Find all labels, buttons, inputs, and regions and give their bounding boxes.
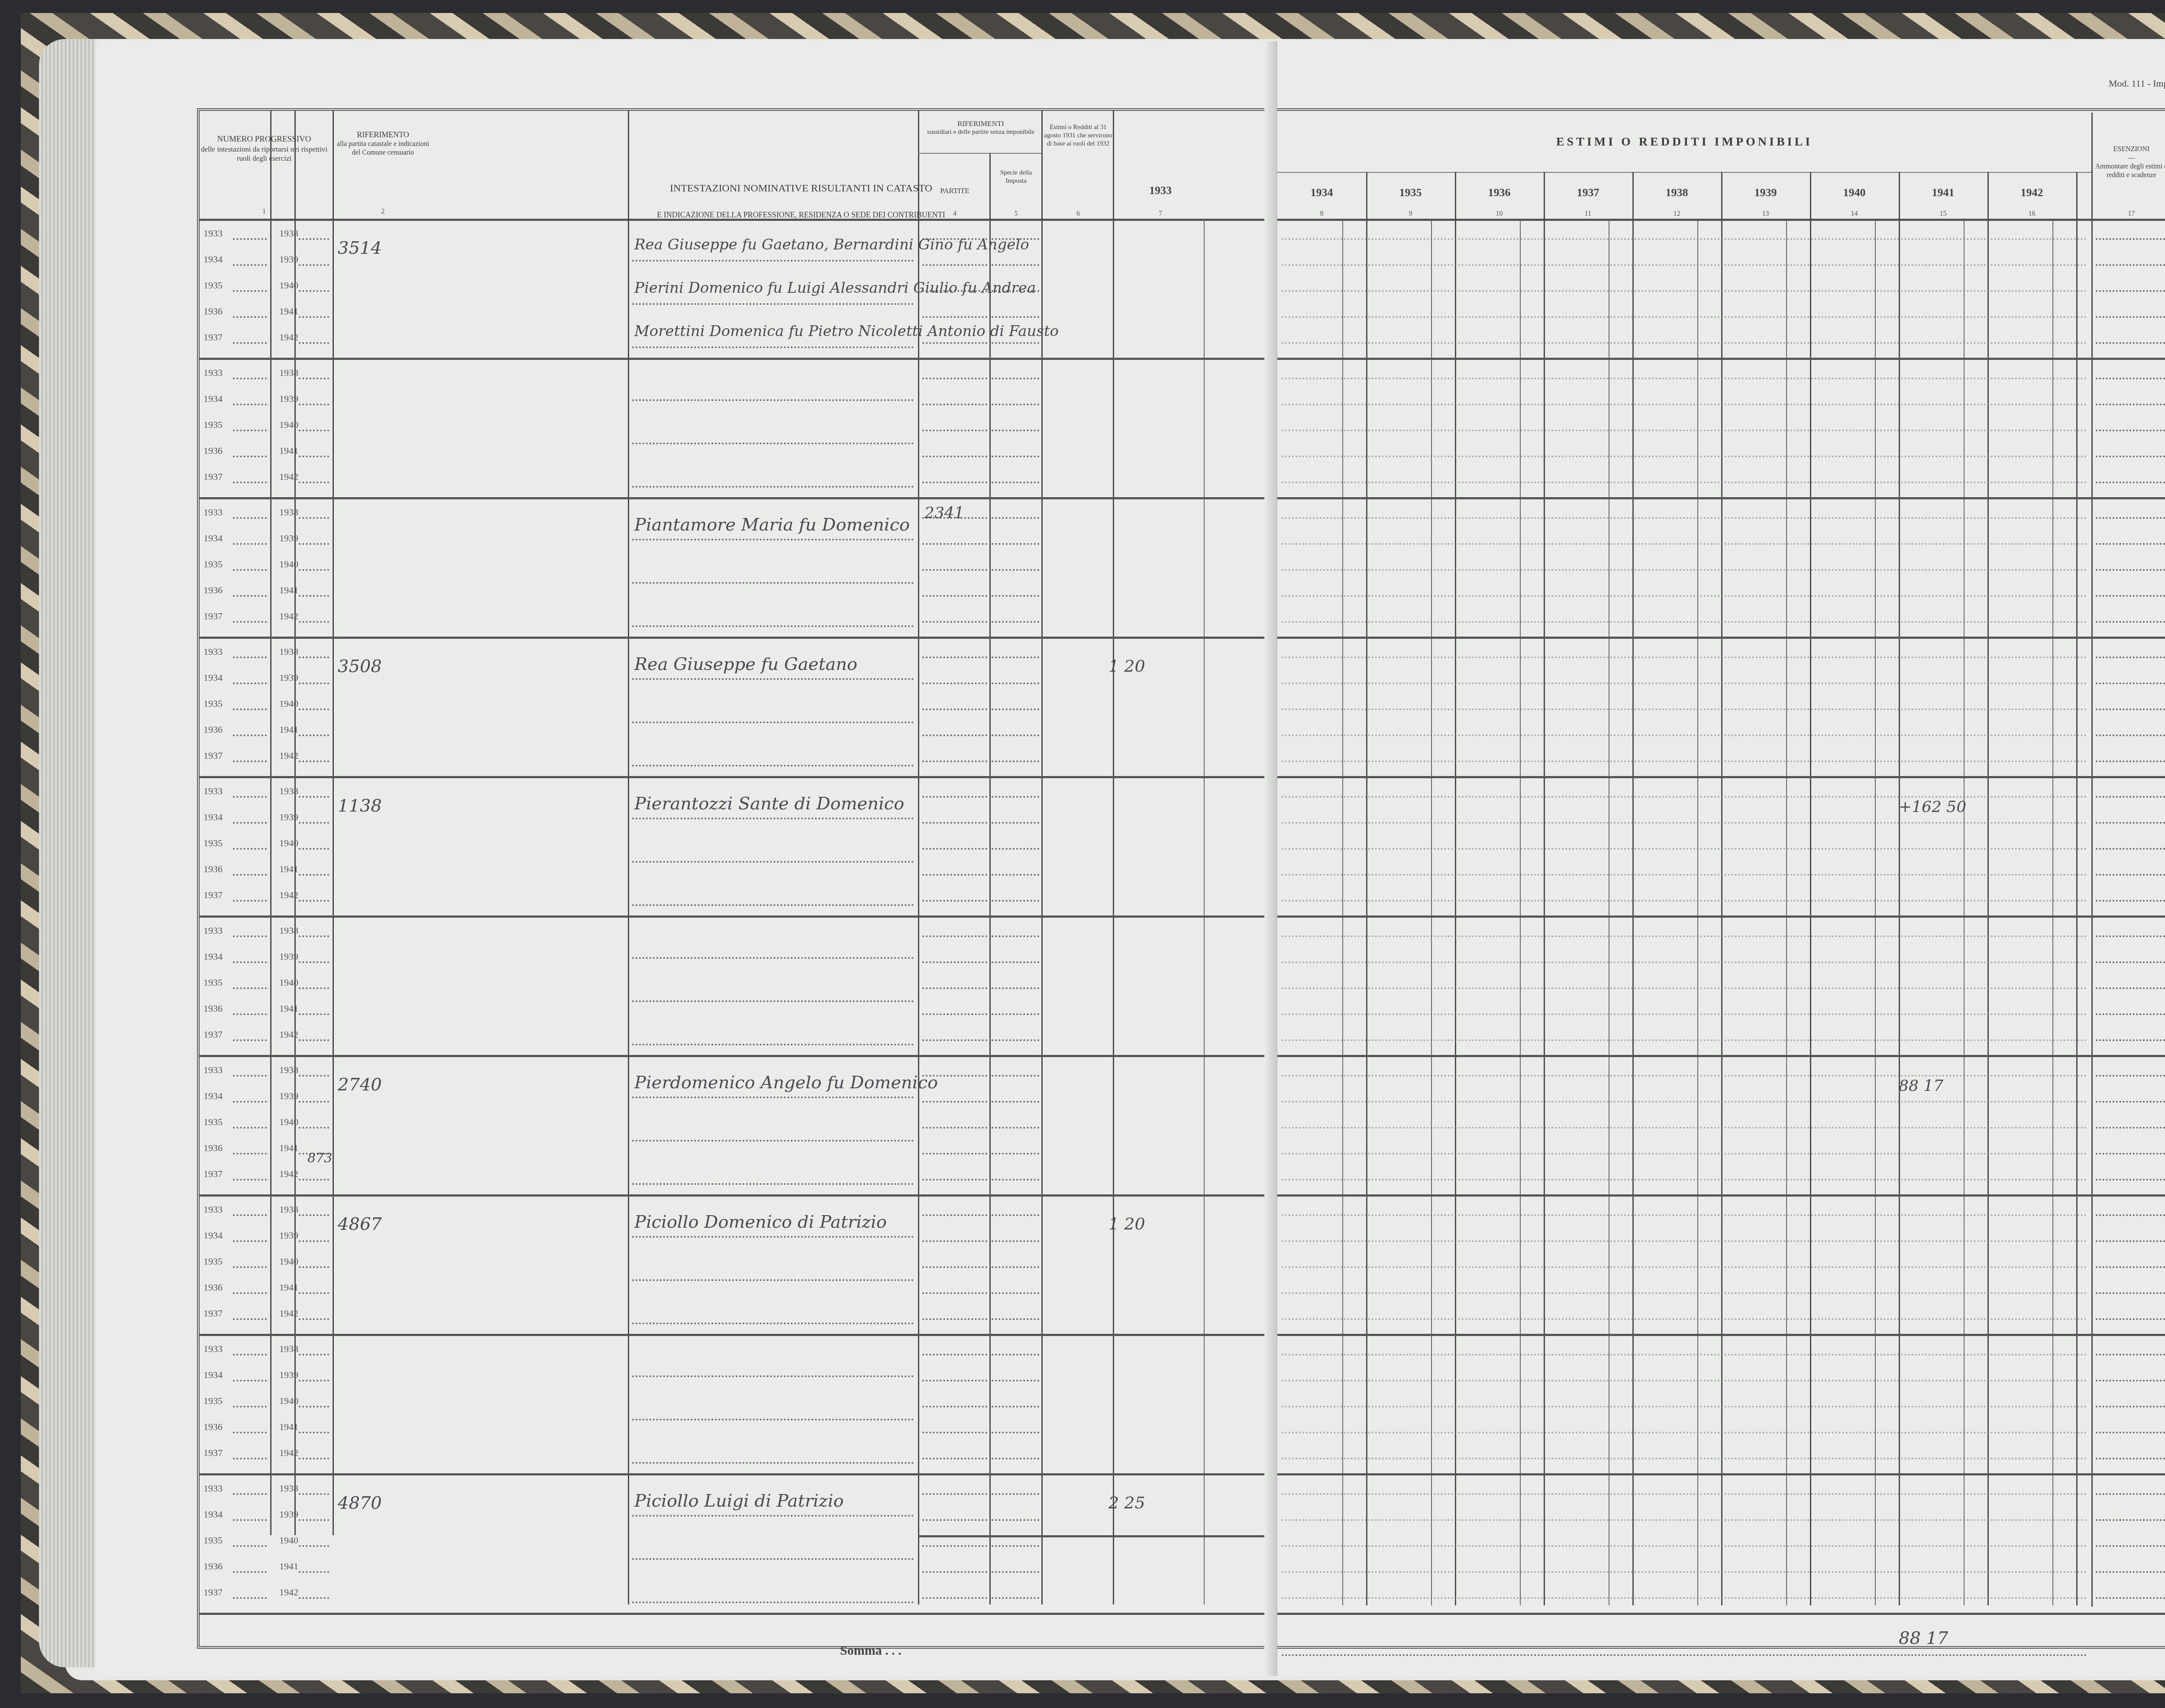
dotted-line [299,1214,329,1216]
dotted-line [992,1354,1039,1355]
record-separator [1277,1055,2165,1057]
dotted-line [922,708,987,710]
dotted-line [299,1179,329,1181]
dotted-line [233,1318,267,1320]
dotted-line [2096,1214,2165,1216]
dotted-line [992,1179,1039,1181]
year-label-left: 1935 [204,698,223,709]
year-label-left: 1937 [204,471,223,482]
dotted-line [922,482,987,483]
name-line [632,582,914,584]
year-label-right: 1939 [279,393,298,404]
dotted-line [299,1013,329,1015]
year-label-right: 1941 [279,1142,298,1154]
year-label-right: 1939 [279,1230,298,1241]
name-line [632,1140,914,1142]
year-label-right: 1940 [279,698,298,709]
name-line [632,1044,914,1045]
dotted-line [1282,1318,2087,1320]
year-label-right: 1942 [279,750,298,761]
dotted-line [233,1292,267,1294]
dotted-line [233,517,267,519]
year-label-right: 1940 [279,559,298,570]
dotted-line [922,822,987,824]
dotted-line [922,900,987,902]
dotted-line [233,1354,267,1355]
year-label-right: 1940 [279,1395,298,1407]
dotted-line [1282,1127,2087,1129]
name-line [632,1183,914,1185]
dotted-line [2096,1013,2165,1015]
dotted-line [1282,848,2087,850]
taxpayer-name: Pierdomenico Angelo fu Domenico [634,1073,938,1093]
dotted-line [1282,378,2087,379]
dotted-line [299,342,329,344]
dotted-line [2096,760,2165,762]
dotted-line [299,378,329,379]
dotted-line [1282,238,2087,240]
dotted-line [1282,621,2087,623]
dotted-line [2096,430,2165,431]
year-label-left: 1936 [204,1282,223,1293]
dotted-line [299,543,329,545]
dotted-line [2096,1406,2165,1407]
record-separator [1277,497,2165,499]
dotted-line [1282,1292,2087,1294]
dotted-line [299,1318,329,1320]
dotted-line [992,517,1039,519]
dotted-line [2096,900,2165,902]
year-label-right: 1941 [279,724,298,735]
year-label-right: 1939 [279,254,298,265]
year-header: 1935 [1368,186,1453,199]
name-line [632,1279,914,1281]
dotted-line [1282,456,2087,457]
dotted-line [299,848,329,850]
dotted-line [1282,1075,2087,1077]
dotted-line [233,404,267,405]
year-label-left: 1933 [204,1204,223,1215]
dotted-line [299,1101,329,1103]
cents-divider [1697,220,1698,1605]
value-1941: 88 17 [1899,1077,1943,1095]
col-divider [333,110,334,1535]
dotted-line [299,1406,329,1407]
dotted-line [233,1240,267,1242]
col-divider [628,110,629,1604]
year-label-left: 1934 [204,1230,223,1241]
dotted-line [1282,1153,2087,1155]
name-line [632,486,914,488]
years-subheader-rule [1277,172,2091,173]
dotted-line [2096,1597,2165,1599]
dotted-line [992,1266,1039,1268]
year-label-left: 1935 [204,559,223,570]
cents-divider [1875,220,1876,1605]
dotted-line [233,1493,267,1495]
dotted-line [233,290,267,292]
dotted-line [1282,430,2087,431]
dotted-line [233,961,267,963]
estimo-1931: 2 25 [1108,1493,1145,1512]
col-divider [1987,172,1989,1605]
year-label-left: 1937 [204,890,223,901]
year-label-left: 1935 [204,419,223,430]
dotted-line [2096,238,2165,240]
year-label-right: 1941 [279,864,298,875]
header-col6: Estimi o Redditi al 31 agosto 1931 che s… [1044,123,1113,148]
header-col7-year: 1933 [1117,184,1204,197]
year-label-right: 1939 [279,672,298,683]
record-separator [1277,637,2165,639]
year-label-right: 1940 [279,419,298,430]
cents-divider [1520,220,1521,1605]
year-header: 1940 [1812,186,1897,199]
year-label-right: 1938 [279,1483,298,1494]
dotted-line [922,1292,987,1294]
dotted-line [992,1597,1039,1599]
dotted-line [1282,342,2087,344]
dotted-line [299,1493,329,1495]
dotted-line [992,708,1039,710]
year-label-right: 1938 [279,786,298,797]
dotted-line [922,1318,987,1320]
year-header: 1942 [1990,186,2074,199]
year-label-right: 1938 [279,1064,298,1076]
dotted-line [1282,1214,2087,1216]
col-divider [1721,172,1722,1605]
dotted-line [2096,1039,2165,1041]
dotted-line [299,1597,329,1599]
dotted-line [1282,1406,2087,1407]
year-label-left: 1935 [204,838,223,849]
taxpayer-name: Rea Giuseppe fu Gaetano [634,654,857,674]
header-col5: Specie della Imposta [991,169,1041,185]
dotted-line [1282,1571,2087,1573]
record-separator [199,1613,1347,1615]
dotted-line [992,1013,1039,1015]
dotted-line [233,456,267,457]
dotted-line [1282,683,2087,684]
dotted-line [233,1571,267,1573]
col-divider [270,110,271,1535]
record-separator [199,637,1347,639]
dotted-line [1282,874,2087,876]
dotted-line [1282,900,2087,902]
dotted-line [992,543,1039,545]
dotted-line [922,683,987,684]
dotted-line [992,1571,1039,1573]
year-label-left: 1933 [204,786,223,797]
year-label-left: 1934 [204,1509,223,1520]
year-label-right: 1941 [279,306,298,317]
year-label-right: 1940 [279,838,298,849]
form-title: Mod. 111 - Imposte Dirette (Intercalare)… [2109,78,2165,89]
dotted-line [2096,595,2165,597]
record-separator [199,1194,1347,1197]
dotted-line [299,430,329,431]
dotted-line [299,1039,329,1041]
dotted-line [2096,1545,2165,1547]
subheader-rule [918,153,1041,154]
dotted-line [233,342,267,344]
dotted-line [922,1354,987,1355]
name-line [632,721,914,723]
name-line [632,346,914,348]
year-label-left: 1937 [204,1587,223,1598]
dotted-line [2096,796,2165,798]
dotted-line [922,1240,987,1242]
year-label-right: 1939 [279,812,298,823]
col-divider [294,110,296,1535]
dotted-line [233,238,267,240]
year-label-left: 1935 [204,1535,223,1546]
dotted-line [922,404,987,405]
dotted-line [233,708,267,710]
dotted-line [299,1458,329,1459]
year-header: 1938 [1635,186,1719,199]
year-label-left: 1934 [204,812,223,823]
dotted-line [1282,1039,2087,1041]
year-label-right: 1942 [279,611,298,622]
dotted-line [992,595,1039,597]
header-col4: PARTITE [920,186,989,195]
dotted-line [2096,708,2165,710]
dotted-line [992,734,1039,736]
page-edges-left [39,39,95,1667]
dotted-line [1282,1597,2087,1599]
dotted-line [922,1214,987,1216]
dotted-line [922,874,987,876]
dotted-line [233,1039,267,1041]
dotted-line [233,569,267,571]
record-separator [199,497,1347,499]
dotted-line [2096,1458,2165,1459]
dotted-line [299,1240,329,1242]
year-label-left: 1934 [204,1090,223,1102]
dotted-line [299,404,329,405]
estimo-1931: 1 20 [1108,657,1145,676]
dotted-line [1282,1545,2087,1547]
dotted-line [922,342,987,344]
name-line [632,1323,914,1324]
col-divider [989,154,991,1604]
name-line [632,818,914,819]
dotted-line [2096,404,2165,405]
dotted-line [2096,316,2165,318]
dotted-line [922,1013,987,1015]
year-label-left: 1936 [204,724,223,735]
dotted-line [2096,1432,2165,1433]
dotted-line [299,456,329,457]
dotted-line [1282,1354,2087,1355]
dotted-line [992,1406,1039,1407]
year-label-left: 1934 [204,672,223,683]
dotted-line [299,1266,329,1268]
dotted-line [2096,1127,2165,1129]
dotted-line [992,848,1039,850]
year-label-left: 1933 [204,925,223,936]
dotted-line [2096,543,2165,545]
dotted-line [922,1101,987,1103]
dotted-line [922,1380,987,1381]
somma-1941: 88 17 [1899,1628,1948,1648]
dotted-line [233,378,267,379]
dotted-line [233,1101,267,1103]
dotted-line [1282,264,2087,266]
year-label-left: 1937 [204,332,223,343]
dotted-line [922,378,987,379]
dotted-line [233,1597,267,1599]
record-separator [1277,358,2165,360]
dotted-line [922,1153,987,1155]
dotted-line [299,1432,329,1433]
cents-divider [1786,220,1787,1605]
dotted-line [299,1571,329,1573]
dotted-line [299,264,329,266]
record-separator [1277,1334,2165,1336]
dotted-line [992,935,1039,937]
dotted-line [299,1545,329,1547]
year-label-left: 1933 [204,646,223,657]
dotted-line [922,1127,987,1129]
dotted-line [1282,1519,2087,1521]
name-line [632,539,914,540]
dotted-line [2096,1519,2165,1521]
dotted-line [1282,657,2087,658]
year-label-left: 1935 [204,1256,223,1267]
dotted-line [233,1179,267,1181]
dotted-line [992,430,1039,431]
dotted-line [992,342,1039,344]
year-label-right: 1939 [279,951,298,962]
dotted-line [1282,316,2087,318]
name-line [632,399,914,401]
dotted-line [233,621,267,623]
name-line [632,443,914,444]
dotted-line [299,760,329,762]
record-separator [199,1473,1347,1475]
dotted-line [922,456,987,457]
dotted-line [2096,1292,2165,1294]
col-divider [1455,172,1456,1605]
dotted-line [233,1380,267,1381]
col-divider [1204,219,1205,1604]
name-line [632,904,914,906]
dotted-line [992,264,1039,266]
partita-number: 3514 [338,238,382,258]
dotted-line [233,848,267,850]
dotted-line [299,961,329,963]
dotted-line [1282,708,2087,710]
dotted-line [2096,342,2165,344]
dotted-line [1282,517,2087,519]
record-separator [1277,776,2165,778]
year-label-right: 1938 [279,1343,298,1355]
dotted-line [2096,1075,2165,1077]
partita-number: 2740 [338,1075,382,1095]
year-label-right: 1940 [279,280,298,291]
dotted-line [2096,290,2165,292]
name-line [632,861,914,863]
dotted-line [1282,760,2087,762]
cents-divider [1431,220,1432,1605]
name-line [632,1000,914,1002]
estimo-1931: 1 20 [1108,1214,1145,1233]
year-label-left: 1936 [204,864,223,875]
year-label-left: 1934 [204,1369,223,1381]
dotted-line [233,1266,267,1268]
dotted-line [1282,1179,2087,1181]
cents-divider [1964,220,1965,1605]
dotted-line [922,1519,987,1521]
year-header: 1934 [1280,186,1364,199]
col-divider [1632,172,1634,1605]
dotted-line [992,1214,1039,1216]
year-label-left: 1933 [204,1483,223,1494]
dotted-line [1282,822,2087,824]
dotted-line [299,987,329,989]
col-divider [2076,172,2078,1605]
partita-number: 1138 [338,796,382,816]
dotted-line [922,1571,987,1573]
year-label-right: 1940 [279,1256,298,1267]
dotted-line [233,1013,267,1015]
dotted-line [1282,1013,2087,1015]
dotted-line [299,1075,329,1077]
dotted-line [2096,569,2165,571]
dotted-line [2096,456,2165,457]
dotted-line [992,657,1039,658]
dotted-line [299,482,329,483]
year-label-left: 1936 [204,1421,223,1433]
dotted-line [992,1039,1039,1041]
dotted-line [992,316,1039,318]
dotted-line [992,1318,1039,1320]
dotted-line [1282,987,2087,989]
year-label-left: 1935 [204,280,223,291]
dotted-line [1282,290,2087,292]
dotted-line [992,1240,1039,1242]
dotted-line [922,1406,987,1407]
year-label-right: 1938 [279,925,298,936]
dotted-line [233,822,267,824]
dotted-line [299,900,329,902]
year-label-right: 1939 [279,533,298,544]
year-label-left: 1935 [204,1116,223,1128]
year-label-left: 1933 [204,1064,223,1076]
name-line [632,1462,914,1464]
dotted-line [922,430,987,431]
name-line [632,1419,914,1420]
dotted-line [922,848,987,850]
dotted-line [233,796,267,798]
dotted-line [233,1127,267,1129]
dotted-line [233,1214,267,1216]
dotted-line [992,1519,1039,1521]
dotted-line [922,1432,987,1433]
dotted-line [299,621,329,623]
dotted-line [233,1545,267,1547]
cents-divider [2052,220,2053,1605]
dotted-line [1282,482,2087,483]
record-separator [199,915,1347,918]
dotted-line [233,900,267,902]
dotted-line [233,683,267,684]
dotted-line [299,1519,329,1521]
year-label-right: 1942 [279,332,298,343]
year-label-right: 1942 [279,890,298,901]
